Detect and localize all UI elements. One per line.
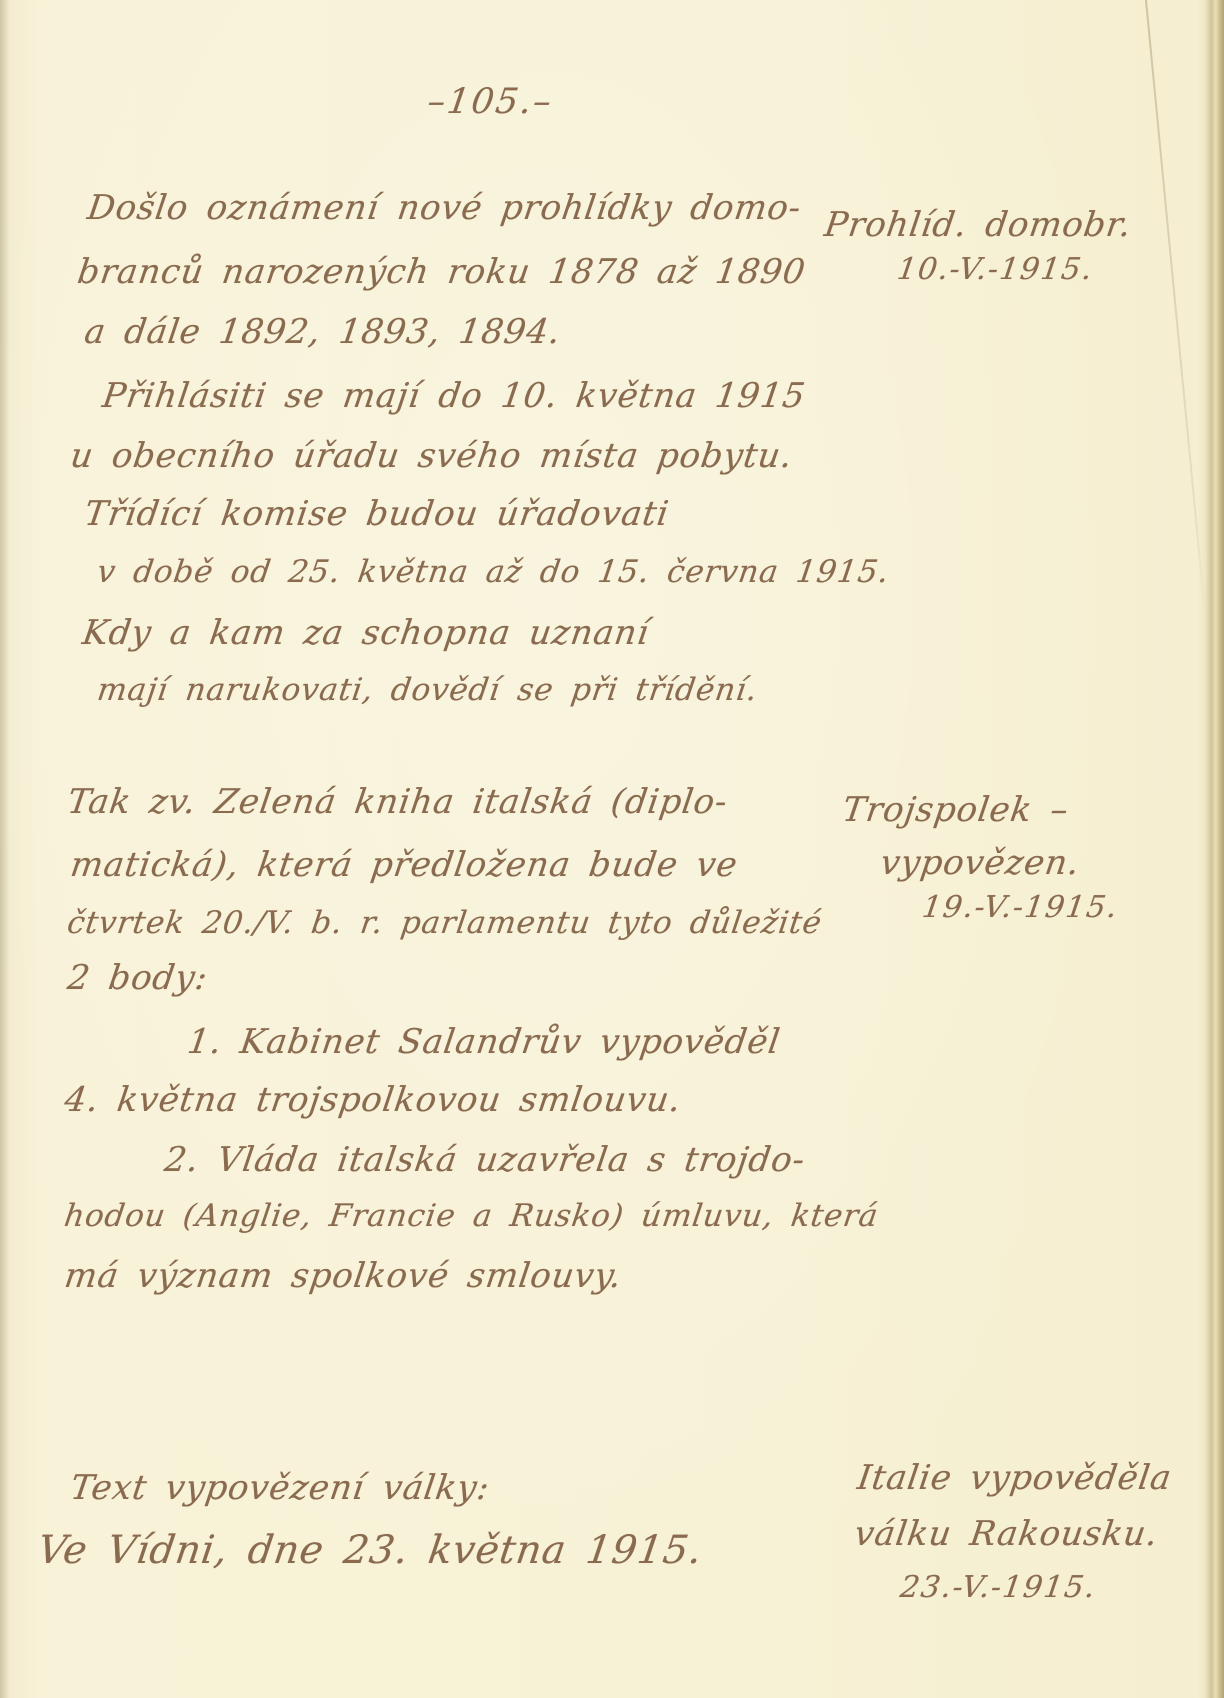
manuscript-line: v době od 25. května až do 15. června 19… [95,554,892,590]
manuscript-line: Třídící komise budou úřadovati [82,494,672,534]
page-edge [1198,0,1224,1698]
manuscript-line: čtvrtek 20./V. b. r. parlamentu tyto důl… [65,905,824,941]
manuscript-line: branců narozených roku 1878 až 1890 [75,252,808,292]
manuscript-line: 2. Vláda italská uzavřela s trojdo- [162,1140,808,1180]
manuscript-line: mají narukovati, dovědí se při třídění. [95,672,760,708]
manuscript-line: Tak zv. Zelená kniha italská (diplo- [65,782,730,822]
margin-note-title: Italie vypověděla [855,1458,1174,1498]
manuscript-line: u obecního úřadu svého místa pobytu. [68,436,795,476]
margin-note-title: Trojspolek – [840,790,1071,830]
manuscript-line: hodou (Anglie, Francie a Rusko) úmluvu, … [62,1198,881,1234]
manuscript-line: Ve Vídni, dne 23. května 1915. [35,1528,705,1573]
manuscript-line: 2 body: [65,958,210,998]
manuscript-line: Kdy a kam za schopna uznaní [80,613,652,653]
margin-note-date: 19.-V.-1915. [920,890,1121,925]
margin-note-date: 23.-V.-1915. [898,1570,1099,1605]
margin-note-title: vypovězen. [878,843,1082,883]
manuscript-line: a dále 1892, 1893, 1894. [82,312,563,352]
manuscript-page: –105.– Došlo oznámení nové prohlídky dom… [0,0,1224,1698]
manuscript-line: Text vypovězení války: [68,1468,492,1508]
margin-note-date: 10.-V.-1915. [895,252,1096,287]
manuscript-line: matická), která předložena bude ve [68,845,740,885]
manuscript-line: Přihlásiti se mají do 10. května 1915 [100,376,808,416]
manuscript-line: Došlo oznámení nové prohlídky domo- [85,188,804,228]
manuscript-line: 4. května trojspolkovou smlouvu. [62,1080,684,1120]
manuscript-line: 1. Kabinet Salandrův vypověděl [185,1022,783,1062]
page-gutter-shadow [0,0,10,1698]
margin-note-title: válku Rakousku. [852,1514,1161,1554]
page-number: –105.– [425,82,556,122]
manuscript-line: má význam spolkové smlouvy. [62,1256,624,1296]
margin-note-title: Prohlíd. domobr. [822,205,1134,245]
